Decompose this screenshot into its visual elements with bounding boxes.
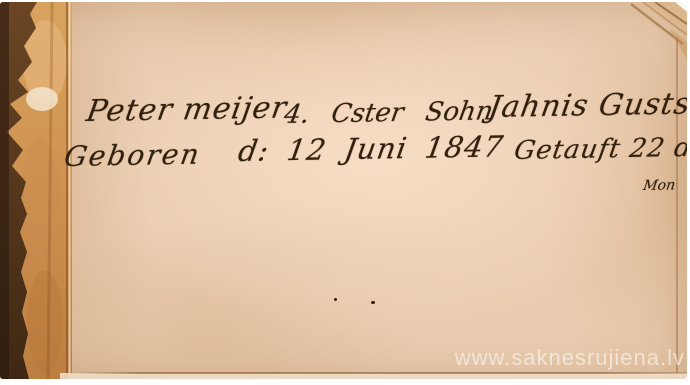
watermark-text: www.saknesrujiena.lv [455, 345, 685, 371]
handwritten-father-name: Jahnis Gusts. [486, 86, 687, 125]
handwritten-born-label: Geboren [62, 138, 203, 173]
photo-canvas: Peter meijer 4. Cster Sohn Jahnis Gusts.… [0, 0, 690, 385]
page-right-edge-crease [676, 38, 678, 373]
book-binding-torn-edge [0, 2, 72, 379]
handwritten-line-1: Peter meijer 4. Cster Sohn Jahnis Gusts. [0, 2, 687, 379]
ink-speck [334, 298, 337, 301]
page-bottom-edge-line [66, 372, 687, 374]
document-page-photo: Peter meijer 4. Cster Sohn Jahnis Gusts.… [0, 2, 687, 379]
handwritten-line-2: Geboren d: 12 Juni 1847 Getauft 22 d. Mo… [0, 2, 687, 379]
handwritten-baptized: Getauft 22 d. [512, 133, 687, 166]
handwritten-name: Peter meijer [84, 91, 290, 129]
handwritten-line1-middle: 4. Cster Sohn [282, 96, 495, 130]
ink-speck [371, 301, 375, 304]
handwritten-birth-date: d: 12 Juni 1847 [236, 129, 506, 168]
handwritten-baptized-month-abbr: Mon [642, 177, 676, 194]
